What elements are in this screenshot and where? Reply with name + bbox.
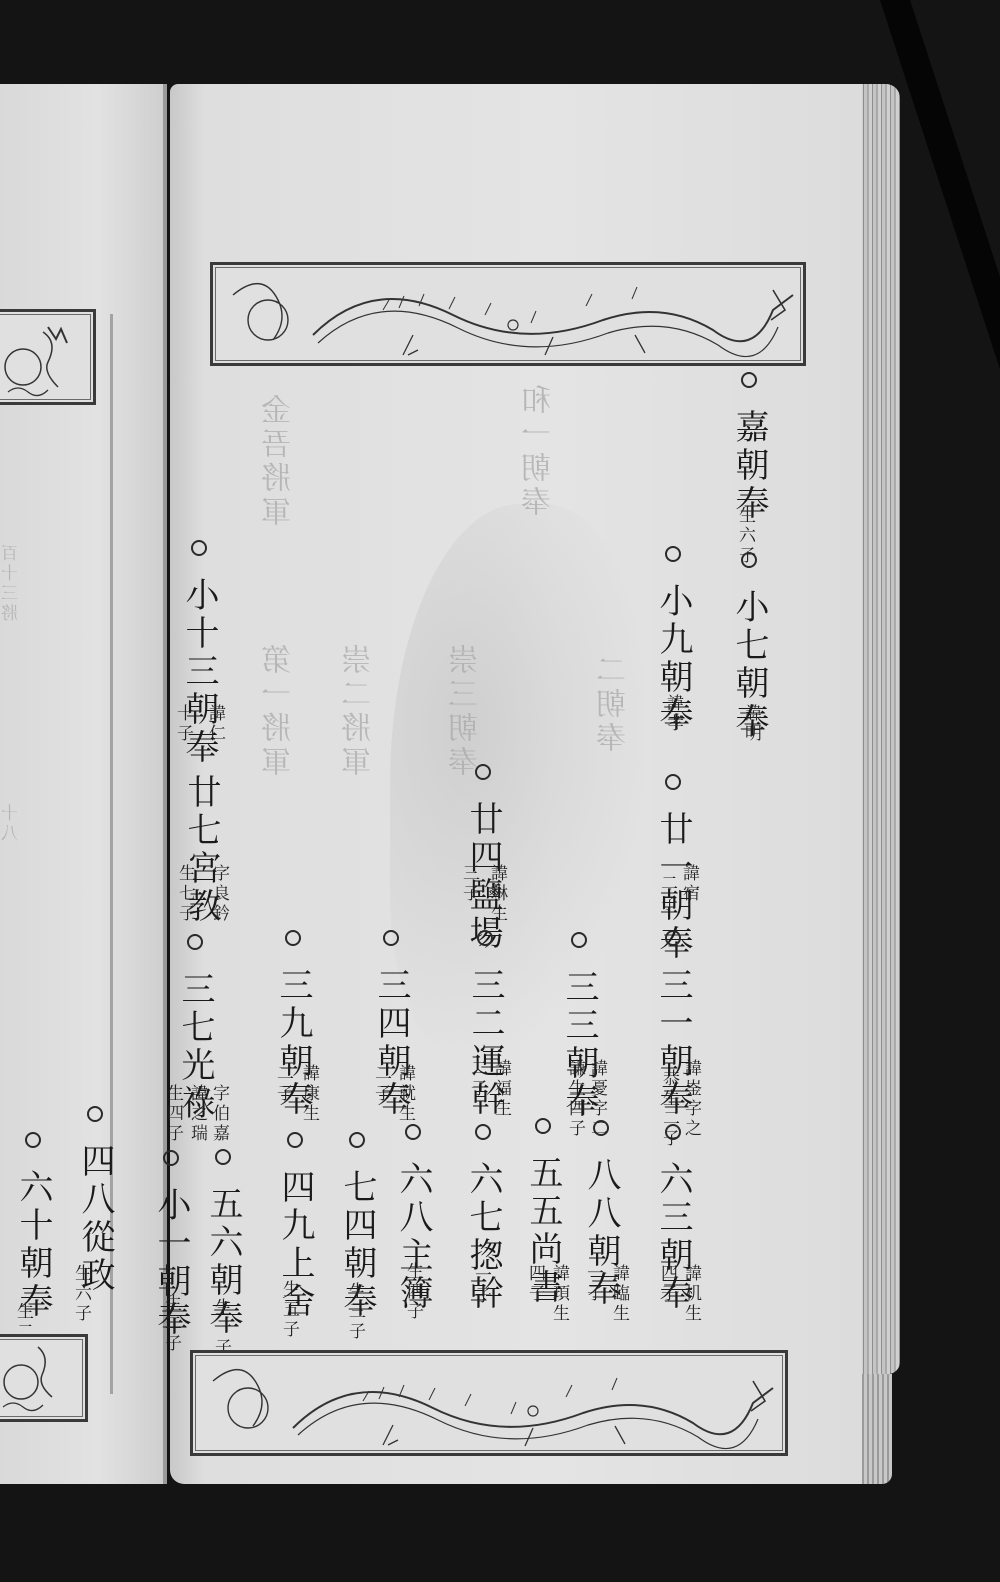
entry-marker-circle — [741, 372, 757, 388]
entry-note: 諱明 — [742, 704, 759, 744]
bottom-dragon-border — [190, 1350, 788, 1456]
dragon-icon — [213, 265, 803, 363]
entry-note: 諱机生 — [682, 1264, 699, 1324]
left-top-dragon-border — [0, 309, 96, 405]
bleed-through-text: 第一將軍 — [265, 644, 295, 780]
entry-note: 諱孝 — [664, 694, 681, 734]
entry-marker-circle — [535, 1118, 551, 1134]
entry-marker-circle — [593, 1120, 609, 1136]
entry-note: 一子 — [584, 1264, 601, 1304]
entry-note: 諱之瑞 — [188, 1084, 205, 1144]
entry-note: 諱頊生 — [550, 1264, 567, 1324]
page-block-edges — [858, 84, 900, 1374]
genealogy-entry: 廿四鹽場 — [466, 764, 500, 953]
right-page: 和一朝奉 金吾將軍 崇二將軍 崇三朝奉 二朝奉 第一將軍 嘉朝奉 生六子 小七朝… — [170, 84, 862, 1484]
bleed-through-text: 崇二將軍 — [345, 644, 375, 780]
entry-note: 四子 — [658, 1264, 675, 1304]
entry-note: 十子 — [174, 704, 191, 744]
entry-note: 謙生四子 — [566, 1059, 583, 1139]
entry-note: 諱就生 — [396, 1064, 413, 1124]
entry-marker-circle — [215, 1149, 231, 1165]
bleed-through-text: 十八 — [4, 804, 21, 844]
bleed-through-text: 二朝奉 — [600, 654, 630, 756]
entry-marker-circle — [475, 764, 491, 780]
entry-note: 諱臨生 — [610, 1264, 627, 1324]
entry-note: 四子 — [526, 1264, 543, 1304]
entry-note: 字良鈐 — [210, 864, 227, 924]
pearl-flame-icon — [0, 1337, 85, 1419]
entry-note: 諱仁 — [206, 704, 223, 744]
left-bottom-dragon-border — [0, 1334, 88, 1422]
dragon-icon — [193, 1353, 785, 1453]
water-stain — [390, 504, 650, 1064]
entry-marker-circle — [287, 1132, 303, 1148]
entry-marker-circle — [405, 1124, 421, 1140]
entry-name: 六十朝奉 — [13, 1169, 53, 1321]
entry-marker-circle — [285, 930, 301, 946]
entry-marker-circle — [665, 546, 681, 562]
top-dragon-border — [210, 262, 806, 366]
entry-note: 二子 — [658, 874, 675, 914]
entry-note: 生五子 — [280, 1280, 297, 1340]
entry-note: 諱福生 — [492, 1059, 509, 1119]
entry-note: 生四子 — [164, 1084, 181, 1144]
left-page: 百十三將 十八 四八從政 生六子 六十朝奉 生二子 — [0, 84, 167, 1484]
bleed-through-text: 百十三將 — [4, 544, 21, 624]
pearl-flame-icon — [0, 312, 93, 402]
entry-note: 生一子 — [212, 1298, 229, 1358]
entry-note: 諱琳生 — [488, 864, 505, 924]
entry-marker-circle — [349, 1132, 365, 1148]
entry-marker-circle — [665, 774, 681, 790]
entry-marker-circle — [571, 932, 587, 948]
entry-marker-circle — [475, 1124, 491, 1140]
entry-marker-circle — [741, 552, 757, 568]
entry-marker-circle — [163, 1150, 179, 1166]
entry-note: 生七子 — [176, 864, 193, 924]
bleed-through-text: 金吾將軍 — [265, 394, 295, 530]
entry-note: 生二子 — [162, 1294, 179, 1354]
entry-note: 生三子 — [346, 1282, 363, 1342]
entry-marker-circle — [87, 1106, 103, 1122]
page-block-edges — [862, 1374, 892, 1484]
genealogy-entry: 六十朝奉 — [16, 1132, 50, 1321]
entry-note: 二子 — [274, 1064, 291, 1104]
entry-note: 諱宿 — [680, 864, 697, 904]
entry-note: 一子 — [472, 1266, 489, 1306]
entry-marker-circle — [665, 930, 681, 946]
entry-note: 生四子 — [404, 1262, 421, 1322]
entry-note: 字伯嘉 — [210, 1084, 227, 1144]
entry-marker-circle — [187, 934, 203, 950]
entry-marker-circle — [25, 1132, 41, 1148]
entry-note: 二子 — [468, 1059, 485, 1099]
genealogy-entry: 嘉朝奉 — [732, 372, 766, 523]
entry-marker-circle — [191, 540, 207, 556]
entry-note: 諱康生 — [300, 1064, 317, 1124]
entry-marker-circle — [477, 930, 493, 946]
entry-note: 生六子 — [72, 1264, 89, 1324]
entry-note: 二子 — [372, 1064, 389, 1104]
bleed-through-text: 崇三朝奉 — [452, 644, 482, 780]
entry-marker-circle — [383, 930, 399, 946]
entry-marker-circle — [665, 1124, 681, 1140]
bleed-through-text: 和一朝奉 — [525, 384, 555, 520]
entry-note: 三子 — [460, 864, 477, 904]
